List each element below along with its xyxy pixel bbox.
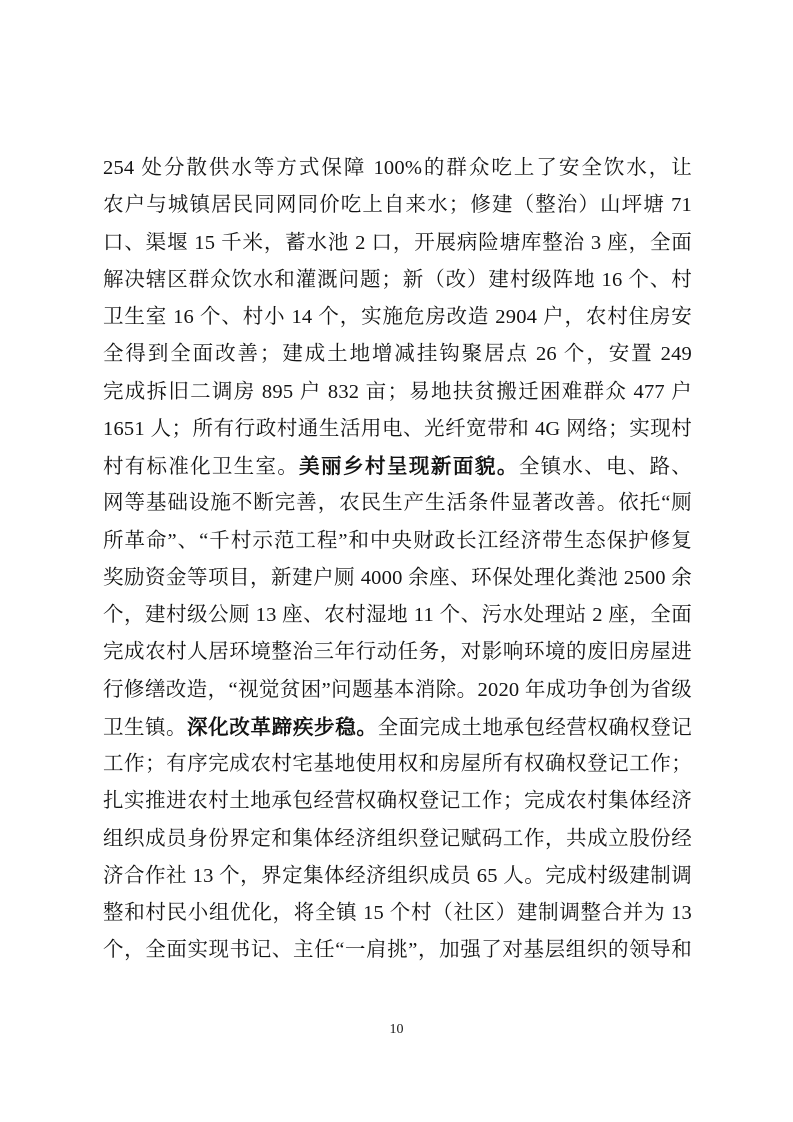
text-line: 1651 人；所有行政村通生活用电、光纤宽带和 4G 网络；实现村 xyxy=(103,411,692,448)
text-line: 个，建村级公厕 13 座、农村湿地 11 个、污水处理站 2 座，全面 xyxy=(103,597,692,634)
text-line: 工作；有序完成农村宅基地使用权和房屋所有权确权登记工作； xyxy=(103,746,692,783)
text-run: 济合作社 13 个，界定集体经济组织成员 65 人。完成村级建制调 xyxy=(103,865,692,887)
text-run: 卫生镇。 xyxy=(103,717,187,739)
text-run: 全面完成土地承包经营权确权登记 xyxy=(378,717,692,739)
text-run: 完成拆旧二调房 895 户 832 亩；易地扶贫搬迁困难群众 477 户 xyxy=(103,381,692,403)
text-run: 扎实推进农村土地承包经营权确权登记工作；完成农村集体经济 xyxy=(103,790,692,812)
text-line: 卫生镇。深化改革蹄疾步稳。全面完成土地承包经营权确权登记 xyxy=(103,709,692,746)
text-run: 奖励资金等项目，新建户厕 4000 余座、环保处理化粪池 2500 余 xyxy=(103,567,692,589)
text-line: 全得到全面改善；建成土地增减挂钩聚居点 26 个，安置 249 户， xyxy=(103,336,692,373)
bold-run: 美丽乡村呈现新面貌。 xyxy=(299,455,519,478)
text-line: 组织成员身份界定和集体经济组织登记赋码工作，共成立股份经 xyxy=(103,821,692,858)
text-run: 解决辖区群众饮水和灌溉问题；新（改）建村级阵地 16 个、村 xyxy=(103,269,692,291)
text-run: 完成农村人居环境整治三年行动任务，对影响环境的废旧房屋进 xyxy=(103,641,692,663)
body-text: 254 处分散供水等方式保障 100%的群众吃上了安全饮水，让 90%农户与城镇… xyxy=(103,150,692,970)
text-line: 农户与城镇居民同网同价吃上自来水；修建（整治）山坪塘 71 xyxy=(103,187,692,224)
text-run: 卫生室 16 个、村小 14 个，实施危房改造 2904 户，农村住房安 xyxy=(103,306,692,328)
text-run: 口、渠堰 15 千米，蓄水池 2 口，开展病险塘库整治 3 座，全面 xyxy=(103,232,692,254)
text-line: 解决辖区群众饮水和灌溉问题；新（改）建村级阵地 16 个、村 xyxy=(103,262,692,299)
text-run: 网等基础设施不断完善，农民生产生活条件显著改善。依托“厕 xyxy=(103,492,692,514)
text-line: 扎实推进农村土地承包经营权确权登记工作；完成农村集体经济 xyxy=(103,783,692,820)
text-run: 个，全面实现书记、主任“一肩挑”，加强了对基层组织的领导和 xyxy=(103,939,692,961)
text-run: 全得到全面改善；建成土地增减挂钩聚居点 26 个，安置 249 户， xyxy=(103,343,692,373)
text-run: 农户与城镇居民同网同价吃上自来水；修建（整治）山坪塘 71 xyxy=(103,194,692,216)
text-line: 所革命”、“千村示范工程”和中央财政长江经济带生态保护修复 xyxy=(103,523,692,560)
text-line: 254 处分散供水等方式保障 100%的群众吃上了安全饮水，让 90% xyxy=(103,150,692,187)
text-run: 整和村民小组优化，将全镇 15 个村（社区）建制调整合并为 13 xyxy=(103,902,692,924)
text-run: 工作；有序完成农村宅基地使用权和房屋所有权确权登记工作； xyxy=(103,753,692,775)
text-line: 完成农村人居环境整治三年行动任务，对影响环境的废旧房屋进 xyxy=(103,634,692,671)
text-line: 卫生室 16 个、村小 14 个，实施危房改造 2904 户，农村住房安 xyxy=(103,299,692,336)
text-run: 1651 人；所有行政村通生活用电、光纤宽带和 4G 网络；实现村 xyxy=(103,418,692,440)
text-line: 网等基础设施不断完善，农民生产生活条件显著改善。依托“厕 xyxy=(103,485,692,522)
text-run: 个，建村级公厕 13 座、农村湿地 11 个、污水处理站 2 座，全面 xyxy=(103,604,692,626)
text-run: 村有标准化卫生室。 xyxy=(103,456,299,478)
page-number: 10 xyxy=(0,1022,793,1038)
text-run: 254 处分散供水等方式保障 100%的群众吃上了安全饮水，让 90% xyxy=(103,157,692,187)
text-line: 个，全面实现书记、主任“一肩挑”，加强了对基层组织的领导和 xyxy=(103,932,692,969)
text-line: 完成拆旧二调房 895 户 832 亩；易地扶贫搬迁困难群众 477 户 xyxy=(103,374,692,411)
document-page: 254 处分散供水等方式保障 100%的群众吃上了安全饮水，让 90%农户与城镇… xyxy=(0,0,793,1122)
text-run: 所革命”、“千村示范工程”和中央财政长江经济带生态保护修复 xyxy=(103,530,692,552)
text-line: 口、渠堰 15 千米，蓄水池 2 口，开展病险塘库整治 3 座，全面 xyxy=(103,225,692,262)
text-run: 组织成员身份界定和集体经济组织登记赋码工作，共成立股份经 xyxy=(103,828,692,850)
bold-run: 深化改革蹄疾步稳。 xyxy=(187,716,378,739)
text-line: 村有标准化卫生室。美丽乡村呈现新面貌。全镇水、电、路、讯、 xyxy=(103,448,692,485)
text-line: 整和村民小组优化，将全镇 15 个村（社区）建制调整合并为 13 xyxy=(103,895,692,932)
text-line: 奖励资金等项目，新建户厕 4000 余座、环保处理化粪池 2500 余 xyxy=(103,560,692,597)
text-line: 济合作社 13 个，界定集体经济组织成员 65 人。完成村级建制调 xyxy=(103,858,692,895)
text-line: 行修缮改造，“视觉贫困”问题基本消除。2020 年成功争创为省级 xyxy=(103,672,692,709)
text-run: 行修缮改造，“视觉贫困”问题基本消除。2020 年成功争创为省级 xyxy=(103,679,692,701)
